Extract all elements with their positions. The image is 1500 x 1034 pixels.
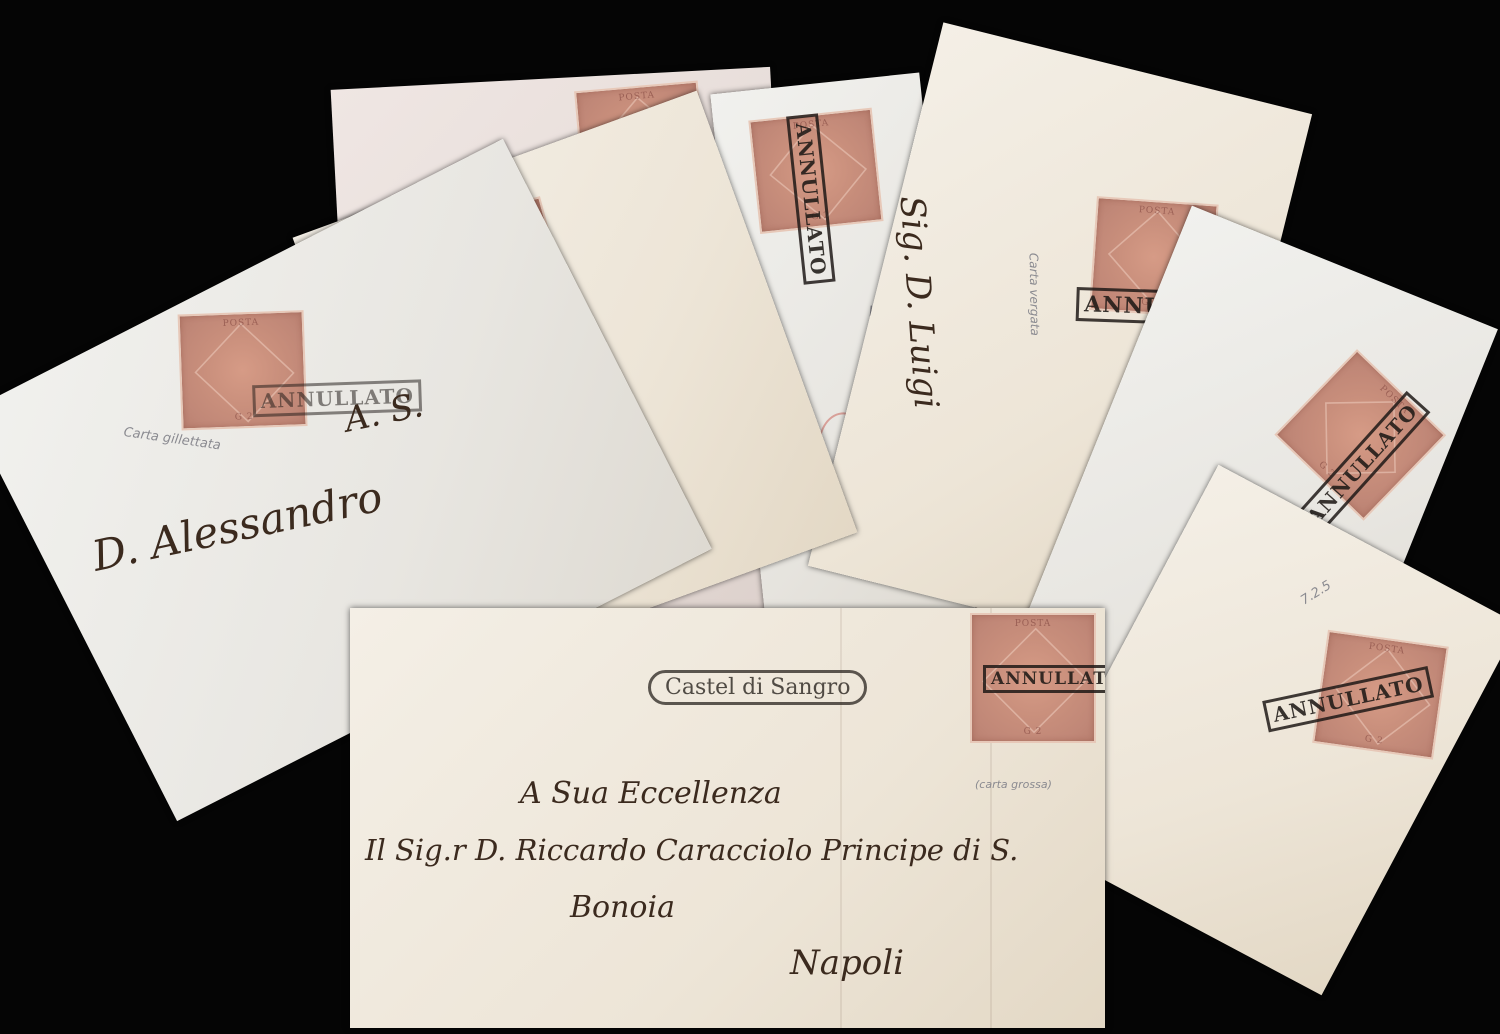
cover-front: Castel di Sangro POSTA G 2 ANNULLATO (ca… [350, 608, 1105, 1028]
handwritten-address: Sig. D. Luigi [891, 195, 946, 410]
address-line-4: Napoli [790, 943, 904, 983]
address-line-1: A Sua Eccellenza [520, 776, 782, 811]
stamp-top-text: POSTA [972, 619, 1094, 629]
pencil-note: (carta grossa) [975, 778, 1052, 791]
stamp-bottom-text: G 2 [972, 727, 1094, 737]
handwritten-address: D. Alessandro [88, 472, 387, 581]
stamp-top-text: POSTA [1328, 636, 1446, 662]
photo-scene: POSTA G 2 ANNULLATO POSTA G 2 ANNULLATO … [0, 0, 1500, 1034]
stamp-top-text: POSTA [180, 316, 302, 330]
annullato-cancel: ANNULLATO [983, 665, 1105, 693]
stamp: POSTA G 2 [1274, 349, 1446, 521]
address-line-3: Bonoia [570, 890, 675, 925]
town-cancel: Castel di Sangro [648, 670, 867, 705]
pencil-note: 7.2.5 [1298, 578, 1334, 608]
address-line-2: Il Sig.r D. Riccardo Caracciolo Principe… [365, 833, 1018, 867]
pencil-note: Carta vergata [1027, 253, 1042, 336]
stamp-bottom-text: G 2 [1315, 727, 1433, 753]
